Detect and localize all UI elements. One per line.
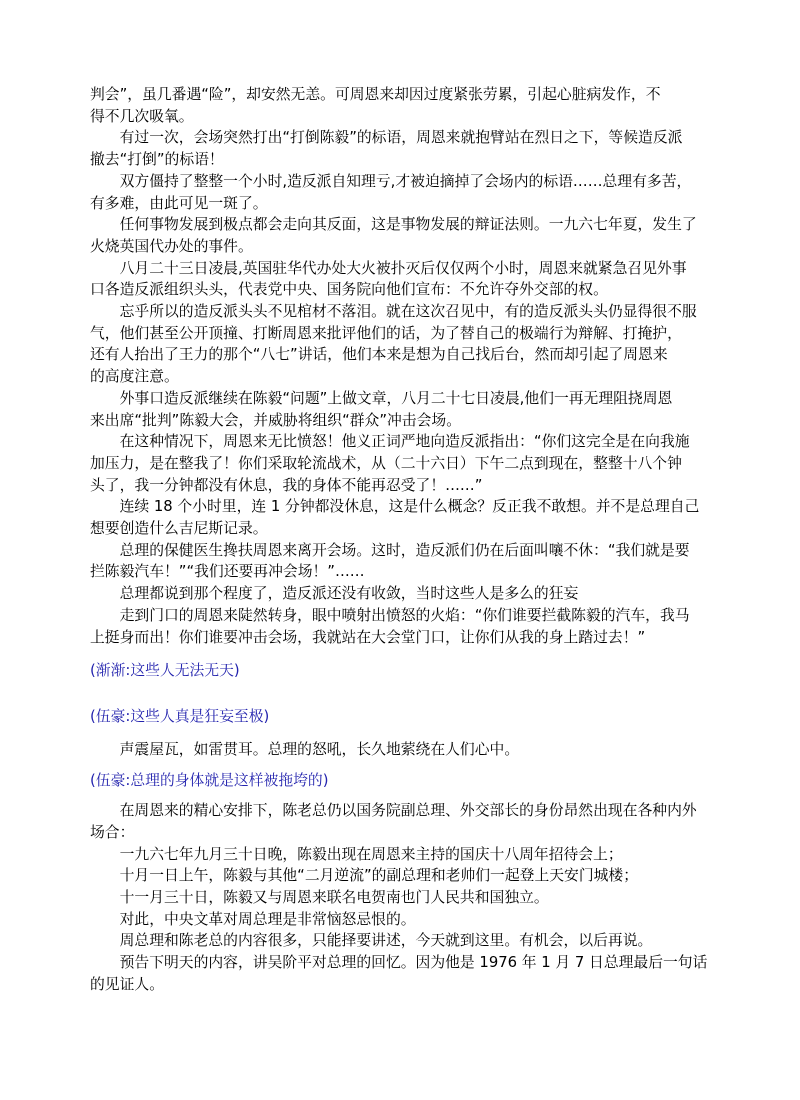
text-line: 有过一次，会场突然打出“打倒陈毅”的标语，周恩来就抱臂站在烈日之下，等候造反派: [90, 127, 770, 149]
document-content: 判会”，虽几番遇“险”，却安然无恙。可周恩来却因过度紧张劳累，引起心脏病发作，不…: [0, 0, 800, 995]
text-line: 的高度注意。: [90, 366, 770, 388]
text-line: 预告下明天的内容，讲吴阶平对总理的回忆。因为他是 1976 年 1 月 7 日总…: [90, 952, 770, 974]
text-line: 头了，我一分钟都没有休息，我的身体不能再忍受了！……”: [90, 475, 770, 497]
text-line: 一九六七年九月三十日晚，陈毅出现在周恩来主持的国庆十八周年招待会上；: [90, 844, 770, 866]
text-line: 在这种情况下，周恩来无比愤怒！他义正词严地向造反派指出：“你们这完全是在向我施: [90, 431, 770, 453]
text-line: 在周恩来的精心安排下，陈老总仍以国务院副总理、外交部长的身份昂然出现在各种内外: [90, 800, 770, 822]
text-line: 对此，中央文革对周总理是非常恼怒忌恨的。: [90, 909, 770, 931]
reader-annotation: (渐渐:这些人无法无天): [90, 660, 770, 682]
text-line: 十月一日上午，陈毅与其他“二月逆流”的副总理和老帅们一起登上天安门城楼；: [90, 865, 770, 887]
text-line: 任何事物发展到极点都会走向其反面，这是事物发展的辩证法则。一九六七年夏，发生了: [90, 214, 770, 236]
text-line: 的见证人。: [90, 974, 770, 996]
text-line: 火烧英国代办处的事件。: [90, 236, 770, 258]
text-line: 外事口造反派继续在陈毅“问题”上做文章，八月二十七日凌晨,他们一再无理阻挠周恩: [90, 388, 770, 410]
paragraph-block: 声震屋瓦，如雷贯耳。总理的怒吼，长久地萦绕在人们心中。: [90, 739, 770, 761]
text-line: 连续 18 个小时里，连 1 分钟都没休息，这是什么概念？反正我不敢想。并不是总…: [90, 496, 770, 518]
reader-annotation: (伍豪:这些人真是狂妄至极): [90, 706, 770, 728]
text-line: 上挺身而出！你们谁要冲击会场，我就站在大会堂门口，让你们从我的身上踏过去！”: [90, 627, 770, 649]
text-line: 来出席“批判”陈毅大会，并威胁将组织“群众”冲击会场。: [90, 410, 770, 432]
text-line: 总理都说到那个程度了，造反派还没有收敛，当时这些人是多么的狂妄: [90, 583, 770, 605]
text-line: 忘乎所以的造反派头头不见棺材不落泪。就在这次召见中，有的造反派头头仍显得很不服: [90, 301, 770, 323]
text-line: 还有人抬出了王力的那个“八七”讲话，他们本来是想为自己找后台，然而却引起了周恩来: [90, 344, 770, 366]
text-line: 声震屋瓦，如雷贯耳。总理的怒吼，长久地萦绕在人们心中。: [90, 739, 770, 761]
text-line: 有多难，由此可见一斑了。: [90, 193, 770, 215]
text-line: 加压力，是在整我了！你们采取轮流战术，从（二十六日）下午二点到现在，整整十八个钟: [90, 453, 770, 475]
text-line: 拦陈毅汽车！”“我们还要再冲会场！”……: [90, 561, 770, 583]
text-line: 得不几次吸氧。: [90, 106, 770, 128]
reader-annotation: (伍豪:总理的身体就是这样被拖垮的): [90, 770, 770, 792]
document-page: 判会”，虽几番遇“险”，却安然无恙。可周恩来却因过度紧张劳累，引起心脏病发作，不…: [0, 0, 800, 1100]
paragraph-block: 在周恩来的精心安排下，陈老总仍以国务院副总理、外交部长的身份昂然出现在各种内外场…: [90, 800, 770, 995]
text-line: 气，他们甚至公开顶撞、打断周恩来批评他们的话，为了替自己的极端行为辩解、打掩护，: [90, 323, 770, 345]
text-line: 想要创造什么吉尼斯记录。: [90, 518, 770, 540]
text-line: 十一月三十日，陈毅又与周恩来联名电贺南也门人民共和国独立。: [90, 887, 770, 909]
text-line: 判会”，虽几番遇“险”，却安然无恙。可周恩来却因过度紧张劳累，引起心脏病发作，不: [90, 84, 770, 106]
text-line: 场合：: [90, 822, 770, 844]
text-line: 走到门口的周恩来陡然转身，眼中喷射出愤怒的火焰：“你们谁要拦截陈毅的汽车，我马: [90, 605, 770, 627]
paragraph-block: 判会”，虽几番遇“险”，却安然无恙。可周恩来却因过度紧张劳累，引起心脏病发作，不…: [90, 84, 770, 648]
text-line: 总理的保健医生搀扶周恩来离开会场。这时，造反派们仍在后面叫嚷不休：“我们就是要: [90, 540, 770, 562]
text-line: 双方僵持了整整一个小时,造反派自知理亏,才被迫摘掉了会场内的标语……总理有多苦，: [90, 171, 770, 193]
text-line: 撤去“打倒”的标语！: [90, 149, 770, 171]
text-line: 周总理和陈老总的内容很多，只能择要讲述，今天就到这里。有机会，以后再说。: [90, 930, 770, 952]
text-line: 八月二十三日凌晨,英国驻华代办处大火被扑灭后仅仅两个小时，周恩来就紧急召见外事: [90, 258, 770, 280]
text-line: 口各造反派组织头头，代表党中央、国务院向他们宣布：不允许夺外交部的权。: [90, 279, 770, 301]
